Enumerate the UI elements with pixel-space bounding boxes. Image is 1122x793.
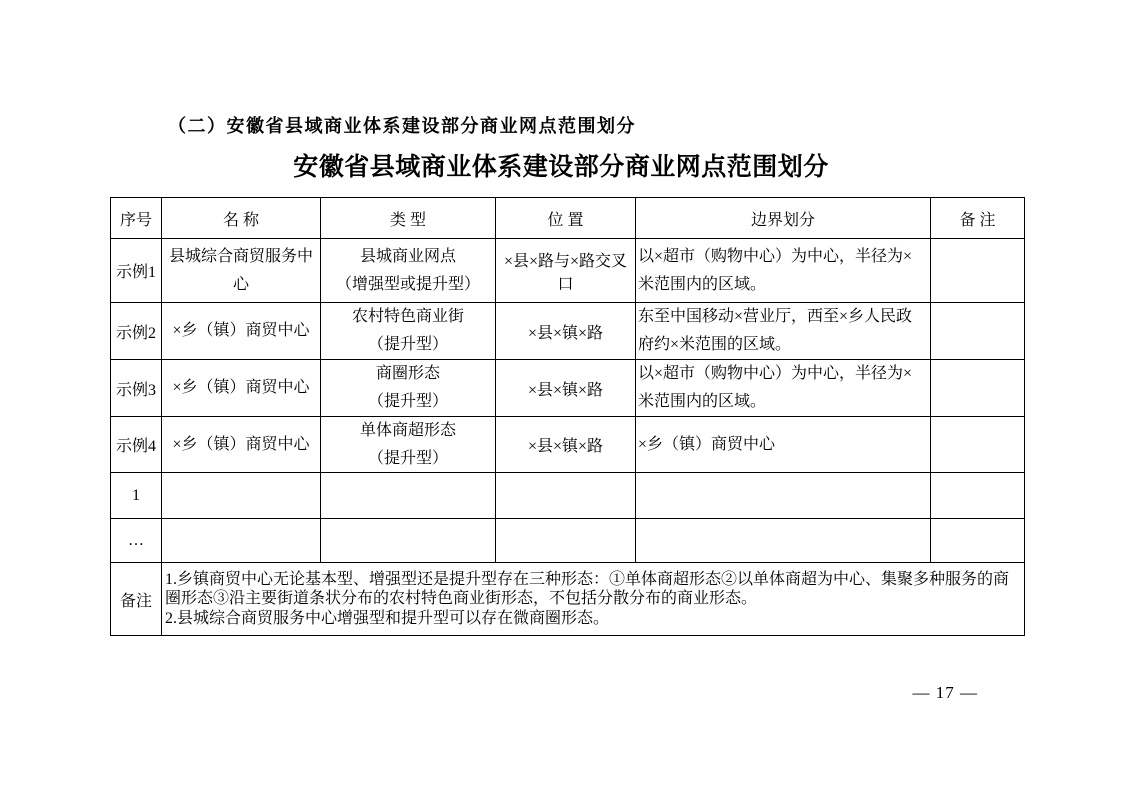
- table-row: 1: [111, 473, 1025, 519]
- table-title: 安徽省县域商业体系建设部分商业网点范围划分: [0, 147, 1122, 183]
- cell-name: [162, 473, 321, 519]
- cell-remark: [931, 239, 1025, 303]
- cell-remark: [931, 519, 1025, 563]
- table-notes-row: 备注 1.乡镇商贸中心无论基本型、增强型还是提升型存在三种形态：①单体商超形态②…: [111, 563, 1025, 636]
- notes-content: 1.乡镇商贸中心无论基本型、增强型还是提升型存在三种形态：①单体商超形态②以单体…: [162, 563, 1025, 636]
- cell-remark: [931, 360, 1025, 417]
- col-header-remark: 备 注: [931, 198, 1025, 239]
- cell-name: ×乡（镇）商贸中心: [162, 417, 321, 473]
- cell-type: 县城商业网点 （增强型或提升型）: [321, 239, 496, 303]
- cell-location: ×县×镇×路: [496, 417, 636, 473]
- cell-location: ×县×路与×路交叉口: [496, 239, 636, 303]
- cell-remark: [931, 417, 1025, 473]
- cell-name: [162, 519, 321, 563]
- cell-location: [496, 519, 636, 563]
- note-line: 2.县城综合商贸服务中心增强型和提升型可以存在微商圈形态。: [165, 609, 1021, 628]
- cell-remark: [931, 473, 1025, 519]
- cell-type: [321, 473, 496, 519]
- page-number: — 17 —: [913, 683, 979, 703]
- cell-seq: 1: [111, 473, 162, 519]
- cell-type: 农村特色商业街 （提升型）: [321, 303, 496, 360]
- cell-remark: [931, 303, 1025, 360]
- document-page: （二）安徽省县域商业体系建设部分商业网点范围划分 安徽省县域商业体系建设部分商业…: [0, 0, 1122, 793]
- table-row: …: [111, 519, 1025, 563]
- cell-seq: 示例2: [111, 303, 162, 360]
- cell-boundary: ×乡（镇）商贸中心: [636, 417, 931, 473]
- cell-boundary: [636, 519, 931, 563]
- cell-type: [321, 519, 496, 563]
- col-header-type: 类 型: [321, 198, 496, 239]
- cell-seq: …: [111, 519, 162, 563]
- cell-location: ×县×镇×路: [496, 303, 636, 360]
- cell-name: 县城综合商贸服务中心: [162, 239, 321, 303]
- cell-boundary: [636, 473, 931, 519]
- cell-location: [496, 473, 636, 519]
- cell-type: 单体商超形态 （提升型）: [321, 417, 496, 473]
- col-header-boundary: 边界划分: [636, 198, 931, 239]
- cell-seq: 示例4: [111, 417, 162, 473]
- note-line: 1.乡镇商贸中心无论基本型、增强型还是提升型存在三种形态：①单体商超形态②以单体…: [165, 570, 1021, 608]
- cell-boundary: 以×超市（购物中心）为中心，半径为×米范围内的区域。: [636, 360, 931, 417]
- col-header-name: 名 称: [162, 198, 321, 239]
- table-row: 示例2 ×乡（镇）商贸中心 农村特色商业街 （提升型） ×县×镇×路 东至中国移…: [111, 303, 1025, 360]
- section-heading: （二）安徽省县域商业体系建设部分商业网点范围划分: [168, 112, 636, 138]
- commercial-network-table: 序号 名 称 类 型 位 置 边界划分 备 注 示例1 县城综合商贸服务中心 县…: [110, 197, 1025, 636]
- cell-name: ×乡（镇）商贸中心: [162, 303, 321, 360]
- table-row: 示例4 ×乡（镇）商贸中心 单体商超形态 （提升型） ×县×镇×路 ×乡（镇）商…: [111, 417, 1025, 473]
- cell-type: 商圈形态 （提升型）: [321, 360, 496, 417]
- notes-label: 备注: [111, 563, 162, 636]
- cell-boundary: 东至中国移动×营业厅，西至×乡人民政府约×米范围的区域。: [636, 303, 931, 360]
- col-header-seq: 序号: [111, 198, 162, 239]
- table-row: 示例3 ×乡（镇）商贸中心 商圈形态 （提升型） ×县×镇×路 以×超市（购物中…: [111, 360, 1025, 417]
- table-header-row: 序号 名 称 类 型 位 置 边界划分 备 注: [111, 198, 1025, 239]
- col-header-location: 位 置: [496, 198, 636, 239]
- cell-seq: 示例3: [111, 360, 162, 417]
- cell-name: ×乡（镇）商贸中心: [162, 360, 321, 417]
- cell-seq: 示例1: [111, 239, 162, 303]
- cell-location: ×县×镇×路: [496, 360, 636, 417]
- cell-boundary: 以×超市（购物中心）为中心，半径为×米范围内的区域。: [636, 239, 931, 303]
- table-row: 示例1 县城综合商贸服务中心 县城商业网点 （增强型或提升型） ×县×路与×路交…: [111, 239, 1025, 303]
